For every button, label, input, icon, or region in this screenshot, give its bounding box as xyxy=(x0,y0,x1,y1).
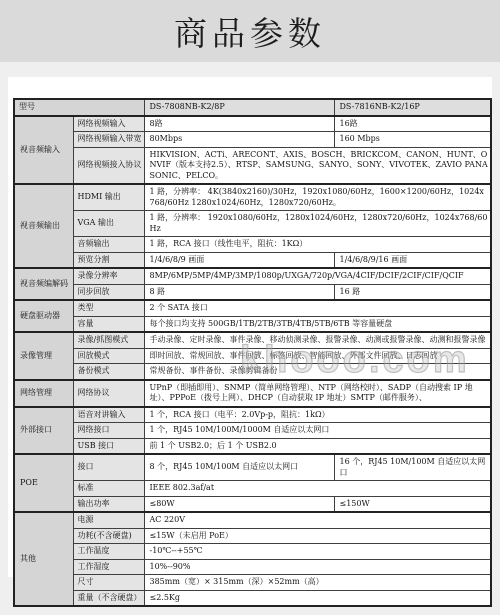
spec-value-cell: 1 个，RCA 接口（电平：2.0Vp-p，阻抗：1kΩ） xyxy=(144,407,491,423)
spec-value-cell: 2 个 SATA 接口 xyxy=(144,300,491,316)
spec-label-cell: 网络视频输入带宽 xyxy=(73,132,144,148)
spec-value-cell-0: 1/4/6/8/9 画面 xyxy=(144,252,334,268)
spec-value-cell: ≤2.5Kg xyxy=(144,590,491,606)
spec-value-cell: 8MP/6MP/5MP/4MP/3MP/1080p/UXGA/720p/VGA/… xyxy=(144,268,491,284)
spec-value-cell-0: 8 路 xyxy=(144,284,334,300)
spec-label-cell: 输出功率 xyxy=(73,496,144,512)
spec-value-cell-1: 1/4/6/8/9/16 画面 xyxy=(334,252,491,268)
spec-value-cell-1: 160 Mbps xyxy=(334,132,491,148)
spec-row: 同步回放8 路16 路 xyxy=(14,284,491,300)
spec-row: 预览分割1/4/6/8/9 画面1/4/6/8/9/16 画面 xyxy=(14,252,491,268)
spec-row: 视音频编解码录像分辨率8MP/6MP/5MP/4MP/3MP/1080p/UXG… xyxy=(14,268,491,284)
spec-value-cell: 前 1 个 USB2.0；后 1 个 USB2.0 xyxy=(144,438,491,454)
spec-label-cell: HDMI 输出 xyxy=(73,184,144,211)
category-cell-7: POE xyxy=(14,454,73,512)
spec-label-cell: 接口 xyxy=(73,454,144,481)
spec-value-cell-0: 80Mbps xyxy=(144,132,334,148)
spec-label-cell: 网络接口 xyxy=(73,423,144,439)
spec-label-cell: 语音对讲输入 xyxy=(73,407,144,423)
spec-label-cell: 网络视频输入 xyxy=(73,116,144,132)
spec-value-cell: AC 220V xyxy=(144,512,491,528)
spec-label-cell: 回放模式 xyxy=(73,348,144,364)
spec-row: VGA 输出1 路，分辨率： 1920x1080/60Hz，1280x1024/… xyxy=(14,211,491,237)
spec-row: USB 接口前 1 个 USB2.0；后 1 个 USB2.0 xyxy=(14,438,491,454)
spec-row: 网络接口1 个，RJ45 10M/100M/1000M 自适应以太网口 xyxy=(14,423,491,439)
page-header: 商品参数 xyxy=(0,0,500,62)
spec-value-cell-0: 8路 xyxy=(144,116,334,132)
spec-value-cell-0: 8 个，RJ45 10M/100M 自适应以太网口 xyxy=(144,454,334,481)
spec-value-cell: 385mm（宽）× 315mm（深）×52mm（高） xyxy=(144,575,491,591)
spec-label-cell: 重量（不含硬盘） xyxy=(73,590,144,606)
spec-label-cell: 网络视频接入协议 xyxy=(73,147,144,184)
spec-value-cell: HIKVISION、ACTi、ARECONT、AXIS、BOSCH、BRICKC… xyxy=(144,147,491,184)
spec-value-cell: -10℃--+55℃ xyxy=(144,544,491,560)
spec-label-cell: 录像分辨率 xyxy=(73,268,144,284)
spec-value-cell-1: 16 路 xyxy=(334,284,491,300)
spec-label-cell: 工作温度 xyxy=(73,544,144,560)
spec-row: 视音频输入网络视频输入8路16路 xyxy=(14,116,491,132)
spec-label-cell: 电源 xyxy=(73,512,144,528)
spec-row: 网络视频输入带宽80Mbps160 Mbps xyxy=(14,132,491,148)
category-cell-0: 视音频输入 xyxy=(14,116,73,185)
category-cell-2: 视音频编解码 xyxy=(14,268,73,300)
spec-row: 视音频输出HDMI 输出1 路，分辨率： 4K(3840x2160)/30Hz，… xyxy=(14,184,491,211)
spec-label-cell: 容量 xyxy=(73,316,144,332)
content-card: 型号DS-7808NB-K2/8PDS-7816NB-K2/16P视音频输入网络… xyxy=(8,77,492,577)
spec-value-cell: IEEE 802.3af/at xyxy=(144,481,491,497)
spec-value-cell-1: 16路 xyxy=(334,116,491,132)
model-row: 型号DS-7808NB-K2/8PDS-7816NB-K2/16P xyxy=(14,99,491,116)
spec-value-cell: UPnP（即插即用）、SNMP（简单网络管理）、NTP（网络校时）、SADP（自… xyxy=(144,380,491,407)
spec-label-cell: 音频输出 xyxy=(73,237,144,253)
spec-row: POE接口8 个，RJ45 10M/100M 自适应以太网口16 个，RJ45 … xyxy=(14,454,491,481)
spec-row: 网络管理网络协议UPnP（即插即用）、SNMP（简单网络管理）、NTP（网络校时… xyxy=(14,380,491,407)
spec-table: 型号DS-7808NB-K2/8PDS-7816NB-K2/16P视音频输入网络… xyxy=(13,98,492,607)
spec-label-cell: 同步回放 xyxy=(73,284,144,300)
spec-label-cell: 网络协议 xyxy=(73,380,144,407)
spec-value-cell: 1 路，分辨率： 4K(3840x2160)/30Hz，1920x1080/60… xyxy=(144,184,491,211)
spec-row: 工作湿度10%--90% xyxy=(14,559,491,575)
category-cell-3: 硬盘驱动器 xyxy=(14,300,73,332)
spec-row: 尺寸385mm（宽）× 315mm（深）×52mm（高） xyxy=(14,575,491,591)
spec-row: 网络视频接入协议HIKVISION、ACTi、ARECONT、AXIS、BOSC… xyxy=(14,147,491,184)
spec-value-cell: ≤15W（未启用 PoE） xyxy=(144,528,491,544)
spec-label-cell: 尺寸 xyxy=(73,575,144,591)
spec-value-cell: 10%--90% xyxy=(144,559,491,575)
spec-row: 备份模式常规备份、事件备份、录像剪辑备份 xyxy=(14,364,491,380)
spec-value-cell: 常规备份、事件备份、录像剪辑备份 xyxy=(144,364,491,380)
spec-row: 外部接口语音对讲输入1 个，RCA 接口（电平：2.0Vp-p，阻抗：1kΩ） xyxy=(14,407,491,423)
model-label-cell: 型号 xyxy=(14,99,144,116)
spec-value-cell: 即时回放、常规回放、事件回放、标签回放、智能回放、外部文件回放、日志回放 xyxy=(144,348,491,364)
spec-row: 其他电源AC 220V xyxy=(14,512,491,528)
spec-label-cell: 功耗(不含硬盘) xyxy=(73,528,144,544)
spec-row: 标准IEEE 802.3af/at xyxy=(14,481,491,497)
spec-row: 功耗(不含硬盘)≤15W（未启用 PoE） xyxy=(14,528,491,544)
spec-row: 容量每个接口均支持 500GB/1TB/2TB/3TB/4TB/5TB/6TB … xyxy=(14,316,491,332)
model-value-cell-0: DS-7808NB-K2/8P xyxy=(144,99,334,116)
spec-row: 重量（不含硬盘）≤2.5Kg xyxy=(14,590,491,606)
category-cell-8: 其他 xyxy=(14,512,73,606)
spec-row: 录像管理录像/抓图模式手动录像、定时录像、事件录像、移动侦测录像、报警录像、动测… xyxy=(14,332,491,348)
category-cell-4: 录像管理 xyxy=(14,332,73,380)
spec-label-cell: VGA 输出 xyxy=(73,211,144,237)
spec-label-cell: 标准 xyxy=(73,481,144,497)
spec-label-cell: USB 接口 xyxy=(73,438,144,454)
spec-value-cell: 手动录像、定时录像、事件录像、移动侦测录像、报警录像、动测或报警录像、动测和报警… xyxy=(144,332,491,348)
spec-row: 音频输出1 路，RCA 接口（线性电平，阻抗：1KΩ） xyxy=(14,237,491,253)
spec-label-cell: 工作湿度 xyxy=(73,559,144,575)
spec-row: 工作温度-10℃--+55℃ xyxy=(14,544,491,560)
spec-row: 硬盘驱动器类型2 个 SATA 接口 xyxy=(14,300,491,316)
spec-label-cell: 预览分割 xyxy=(73,252,144,268)
spec-label-cell: 类型 xyxy=(73,300,144,316)
model-value-cell-1: DS-7816NB-K2/16P xyxy=(334,99,491,116)
spec-label-cell: 录像/抓图模式 xyxy=(73,332,144,348)
spec-value-cell: 每个接口均支持 500GB/1TB/2TB/3TB/4TB/5TB/6TB 等容… xyxy=(144,316,491,332)
spec-value-cell-1: 16 个，RJ45 10M/100M 自适应以太网口 xyxy=(334,454,491,481)
spec-row: 输出功率≤80W≤150W xyxy=(14,496,491,512)
spec-row: 回放模式即时回放、常规回放、事件回放、标签回放、智能回放、外部文件回放、日志回放 xyxy=(14,348,491,364)
spec-value-cell: 1 个，RJ45 10M/100M/1000M 自适应以太网口 xyxy=(144,423,491,439)
spec-value-cell: 1 路，分辨率： 1920x1080/60Hz，1280x1024/60Hz，1… xyxy=(144,211,491,237)
spec-label-cell: 备份模式 xyxy=(73,364,144,380)
spec-value-cell: 1 路，RCA 接口（线性电平，阻抗：1KΩ） xyxy=(144,237,491,253)
spec-value-cell-1: ≤150W xyxy=(334,496,491,512)
category-cell-5: 网络管理 xyxy=(14,380,73,407)
category-cell-6: 外部接口 xyxy=(14,407,73,455)
spec-value-cell-0: ≤80W xyxy=(144,496,334,512)
category-cell-1: 视音频输出 xyxy=(14,184,73,268)
page-title: 商品参数 xyxy=(174,8,326,55)
